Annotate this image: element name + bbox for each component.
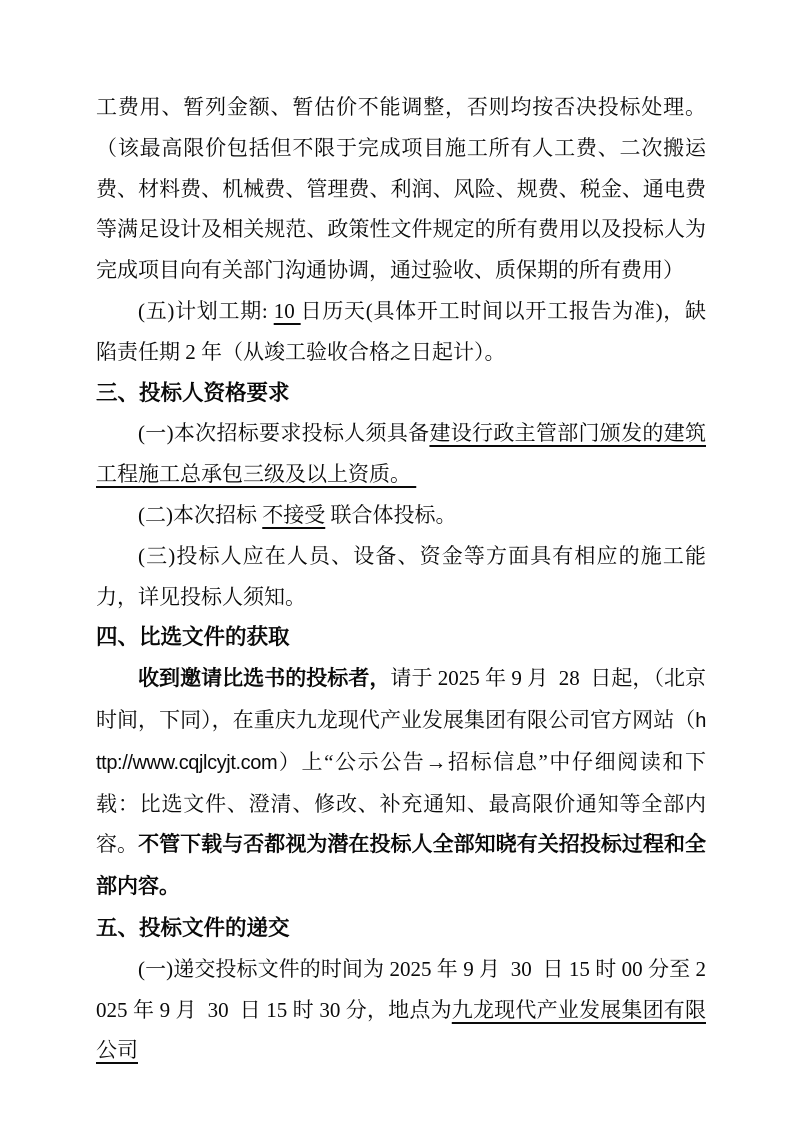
paragraph-submission-time-place: (一)递交投标文件的时间为 2025 年 9 月 30 日 15 时 00 分至… <box>96 949 706 1071</box>
heading-section-4-obtain-documents: 四、比选文件的获取 <box>96 617 706 658</box>
paragraph-max-price-continuation: 工费用、暂列金额、暂估价不能调整，否则均按否决投标处理。（该最高限价包括但不限于… <box>96 87 706 291</box>
heading-section-5-submit-documents: 五、投标文件的递交 <box>96 908 706 949</box>
duration-text-pre: (五)计划工期: <box>138 299 274 323</box>
consortium-text-pre: (二)本次招标 <box>138 503 262 527</box>
paragraph-consortium-bidding: (二)本次招标 不接受 联合体投标。 <box>96 495 706 536</box>
paragraph-construction-capability: (三)投标人应在人员、设备、资金等方面具有相应的施工能力，详见投标人须知。 <box>96 536 706 618</box>
duration-days-underlined: 10 <box>274 299 301 323</box>
document-page: 工费用、暂列金额、暂估价不能调整，否则均按否决投标处理。（该最高限价包括但不限于… <box>0 0 793 1122</box>
consortium-text-post: 联合体投标。 <box>325 503 456 527</box>
paragraph-obtain-documents: 收到邀请比选书的投标者，请于 2025 年 9 月 28 日起，（北京时间，下同… <box>96 658 706 908</box>
heading-section-3-bidder-qualification: 三、投标人资格要求 <box>96 373 706 414</box>
paragraph-planned-duration: (五)计划工期: 10 日历天(具体开工时间以开工报告为准)，缺陷责任期 2 年… <box>96 291 706 373</box>
obtain-bold-lead: 收到邀请比选书的投标者， <box>138 667 390 690</box>
obtain-bold-tail: 不管下载与否都视为潜在投标人全部知晓有关招投标过程和全部内容。 <box>96 833 706 898</box>
paragraph-qualification-requirement: (一)本次招标要求投标人须具备建设行政主管部门颁发的建筑工程施工总承包三级及以上… <box>96 413 706 495</box>
qualification-text-pre: (一)本次招标要求投标人须具备 <box>138 421 429 445</box>
consortium-not-accepted-underlined: 不接受 <box>262 503 325 527</box>
